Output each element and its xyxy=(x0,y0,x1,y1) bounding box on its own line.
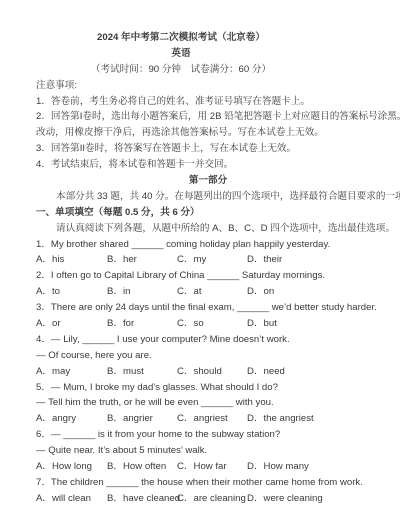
question-6-option-a: A．How long xyxy=(36,459,107,475)
question-6-option-d: D．How many xyxy=(247,459,380,475)
question-5-option-a: A．angry xyxy=(36,411,107,427)
question-2-options: A．to B．in C．at D．on xyxy=(36,284,380,300)
question-6-option-c: C．How far xyxy=(177,459,247,475)
question-4-text: 4．— Lily, ______ I use your computer? Mi… xyxy=(36,332,380,348)
notice-heading: 注意事项: xyxy=(36,78,380,94)
question-5-option-c: C．angriest xyxy=(177,411,247,427)
question-2-option-c: C．at xyxy=(177,284,247,300)
question-1-option-d: D．their xyxy=(247,252,380,268)
question-6-reply: — Quite near. It’s about 5 minutes’ walk… xyxy=(36,443,380,459)
question-1-text: 1．My brother shared ______ coming holida… xyxy=(36,237,380,253)
question-1-options: A．his B．her C．my D．their xyxy=(36,252,380,268)
question-2-option-d: D．on xyxy=(247,284,380,300)
question-3-text: 3．There are only 24 days until the final… xyxy=(36,300,380,316)
question-3-option-d: D．but xyxy=(247,316,380,332)
section1-title: 一、单项填空（每题 0.5 分，共 6 分） xyxy=(36,205,380,221)
paper-header: 2024 年中考第二次模拟考试（北京卷） 英语 （考试时间：90 分钟 试卷满分… xyxy=(0,30,362,78)
question-3-option-c: C．so xyxy=(177,316,247,332)
question-1-option-a: A．his xyxy=(36,252,107,268)
notice-line-2: 2．回答第I卷时，选出每小题答案后，用 2B 铅笔把答题卡上对应题目的答案标号涂… xyxy=(36,109,380,125)
exam-paper-page: 2024 年中考第二次模拟考试（北京卷） 英语 （考试时间：90 分钟 试卷满分… xyxy=(0,0,400,509)
notice-line-1: 1．答卷前，考生务必将自己的姓名、准考证号填写在答题卡上。 xyxy=(36,94,380,110)
question-5-options: A．angry B．angrier C．angriest D．the angri… xyxy=(36,411,380,427)
question-7-text: 7．The children ______ the house when the… xyxy=(36,475,380,491)
part1-heading: 第一部分 xyxy=(36,173,380,189)
question-4-option-a: A．may xyxy=(36,364,107,380)
question-7-option-c: C．are cleaning xyxy=(177,491,247,507)
question-3-option-a: A．or xyxy=(36,316,107,332)
paper-title: 2024 年中考第二次模拟考试（北京卷） xyxy=(0,30,362,46)
question-7-option-a: A．will clean xyxy=(36,491,107,507)
question-2-text: 2．I often go to Capital Library of China… xyxy=(36,268,380,284)
question-4-option-b: B．must xyxy=(107,364,177,380)
question-4-reply: — Of course, here you are. xyxy=(36,348,380,364)
question-5-text: 5．— Mum, I broke my dad’s glasses. What … xyxy=(36,380,380,396)
notice-line-4: 4．考试结束后，将本试卷和答题卡一并交回。 xyxy=(36,157,380,173)
question-7-option-b: B．have cleaned xyxy=(107,491,177,507)
part1-description: 本部分共 33 题，共 40 分。在每题列出的四个选项中，选择最符合题目要求的一… xyxy=(36,189,380,205)
question-7-option-d: D．were cleaning xyxy=(247,491,380,507)
paper-subject: 英语 xyxy=(0,46,362,62)
question-3-option-b: B．for xyxy=(107,316,177,332)
question-2-option-b: B．in xyxy=(107,284,177,300)
question-4-options: A．may B．must C．should D．need xyxy=(36,364,380,380)
question-4-option-d: D．need xyxy=(247,364,380,380)
question-5-option-b: B．angrier xyxy=(107,411,177,427)
question-7-options: A．will clean B．have cleaned C．are cleani… xyxy=(36,491,380,507)
notice-line-3: 3．回答第II卷时，将答案写在答题卡上，写在本试卷上无效。 xyxy=(36,141,380,157)
question-5-option-d: D．the angriest xyxy=(247,411,380,427)
question-4-option-c: C．should xyxy=(177,364,247,380)
question-3-options: A．or B．for C．so D．but xyxy=(36,316,380,332)
question-2-option-a: A．to xyxy=(36,284,107,300)
question-6-option-b: B．How often xyxy=(107,459,177,475)
notice-line-2-cont: 改动，用橡皮擦干净后，再选涂其他答案标号。写在本试卷上无效。 xyxy=(36,125,380,141)
question-6-options: A．How long B．How often C．How far D．How m… xyxy=(36,459,380,475)
question-5-reply: — Tell him the truth, or he will be even… xyxy=(36,395,380,411)
question-1-option-c: C．my xyxy=(177,252,247,268)
section1-instructions: 请认真阅读下列各题，从题中所给的 A、B、C、D 四个选项中，选出最佳选项。 xyxy=(36,221,380,237)
question-6-text: 6．— ______ is it from your home to the s… xyxy=(36,427,380,443)
exam-meta: （考试时间：90 分钟 试卷满分：60 分） xyxy=(0,62,362,78)
question-1-option-b: B．her xyxy=(107,252,177,268)
